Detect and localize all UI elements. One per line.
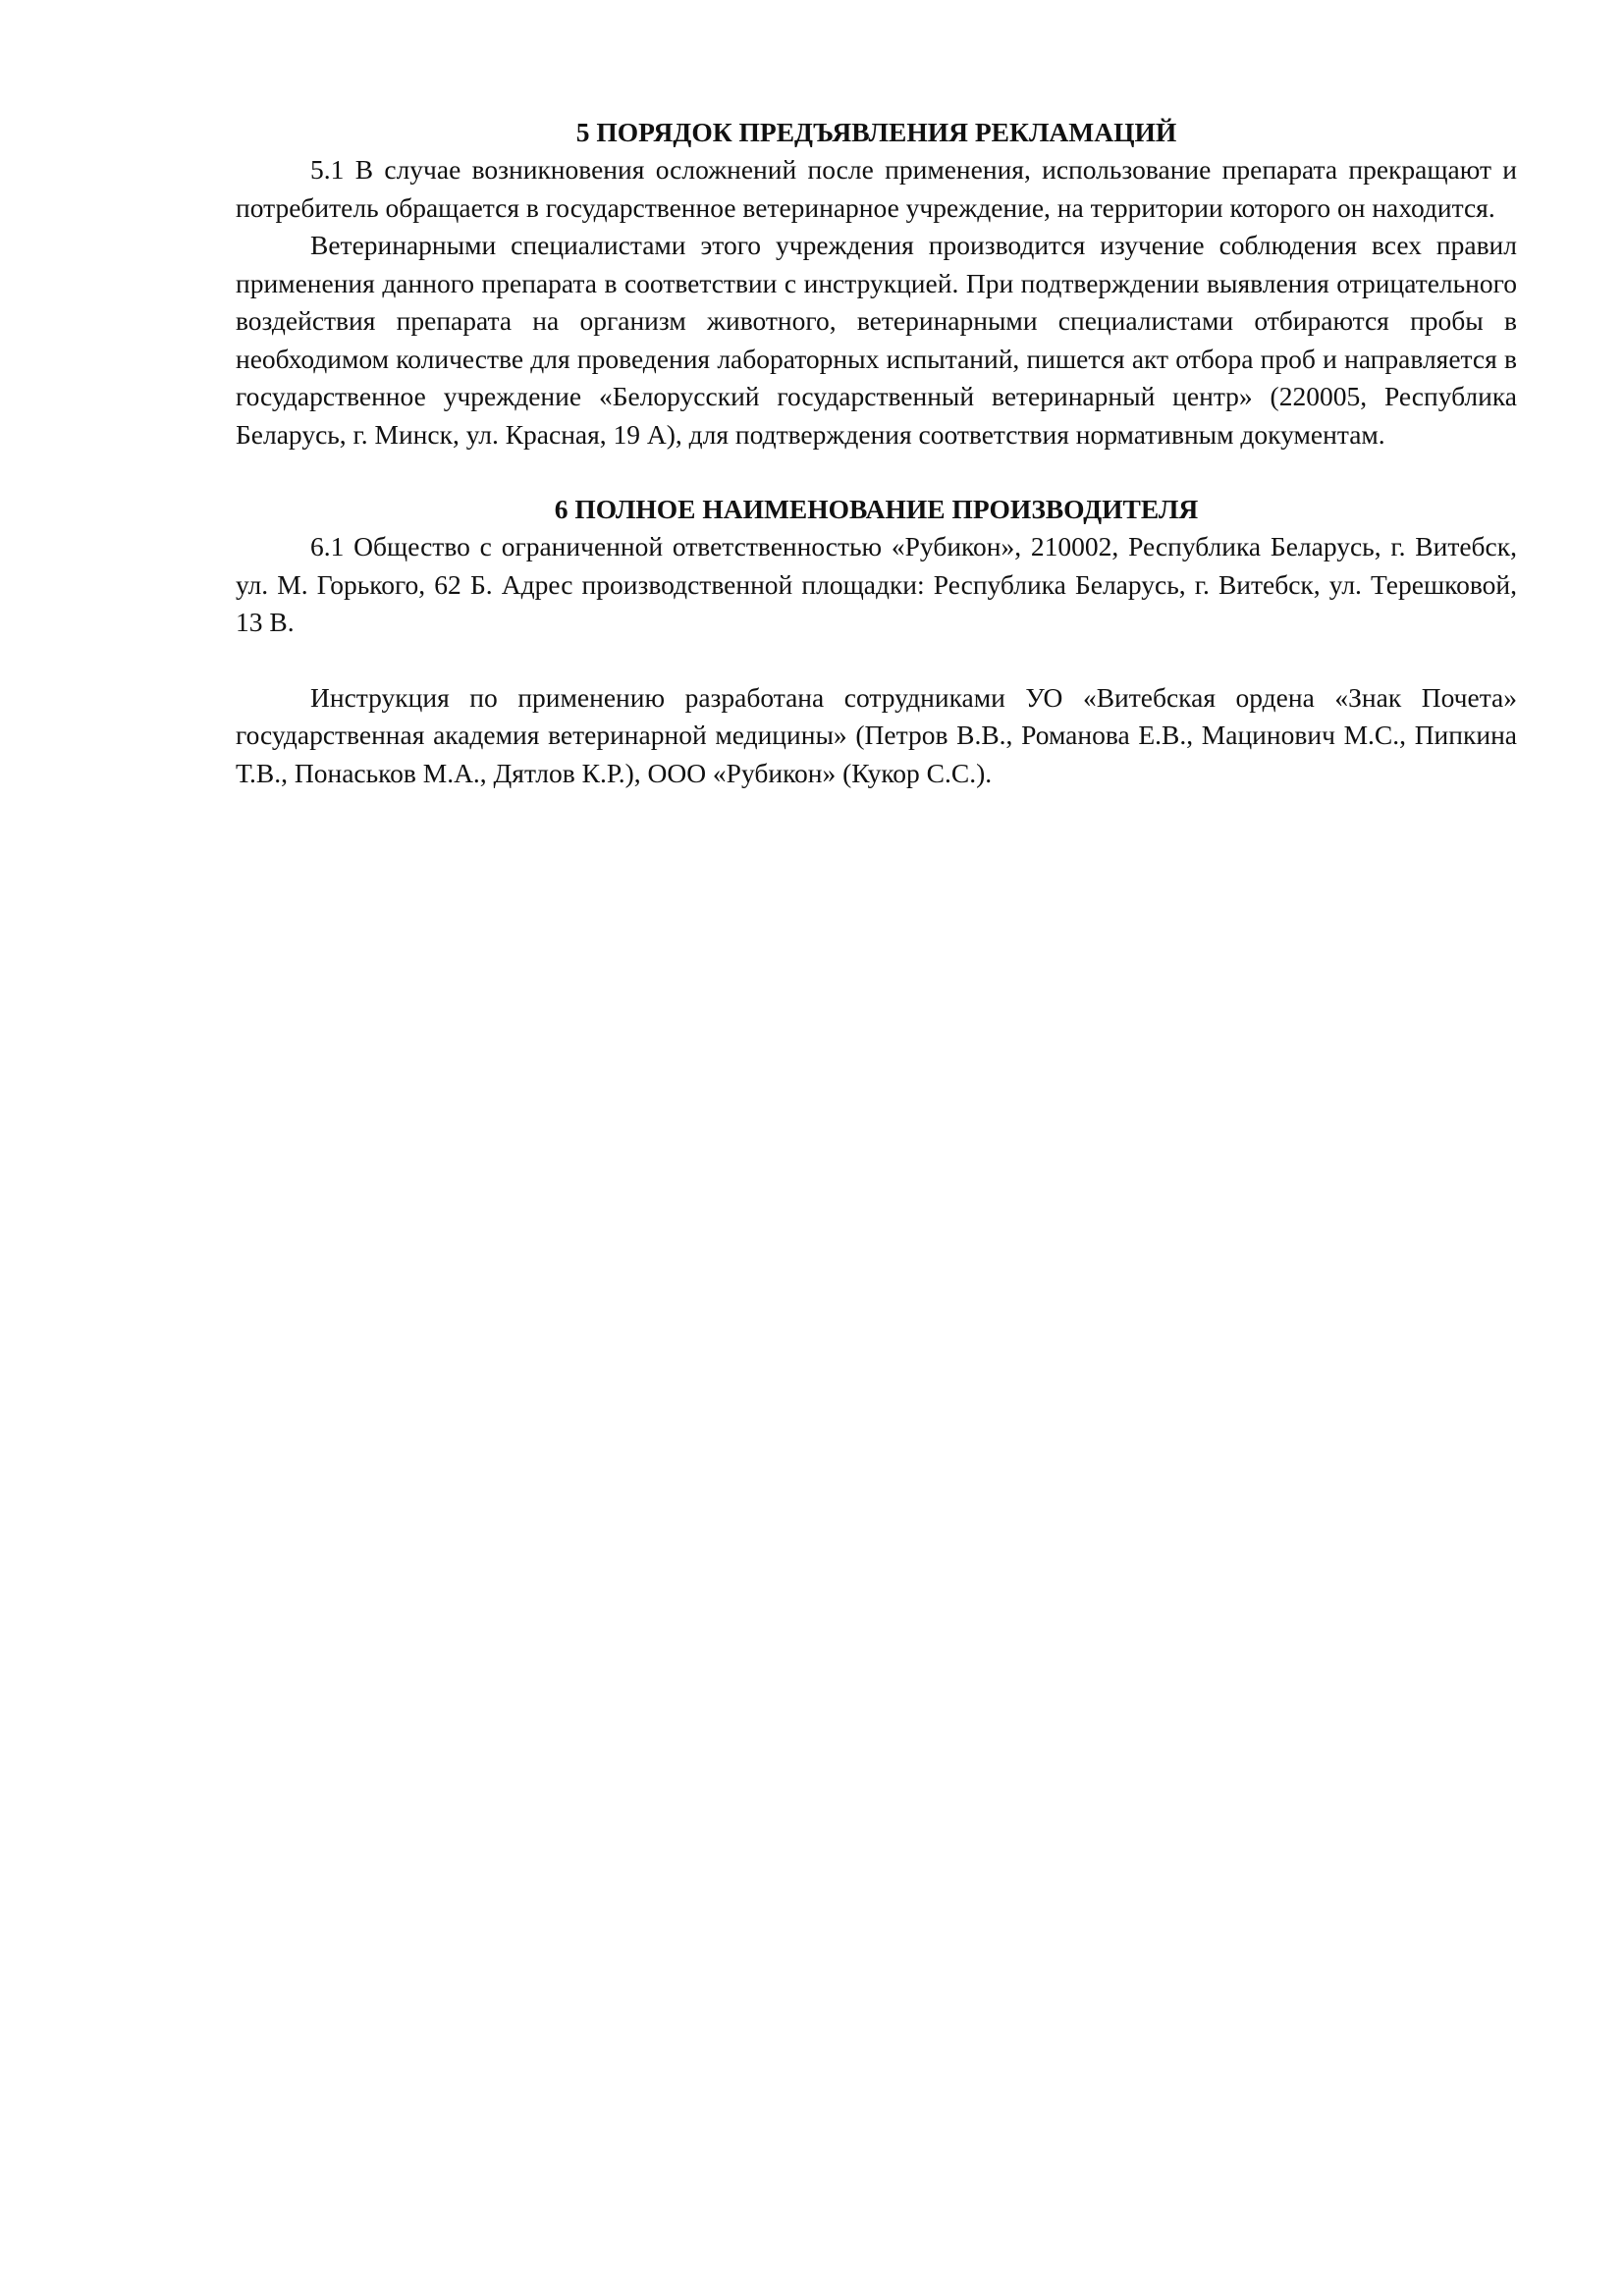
paragraph-6-1: 6.1 Общество с ограниченной ответственно…: [236, 528, 1517, 642]
paragraph-5-2: Ветеринарными специалистами этого учрежд…: [236, 227, 1517, 454]
document-page: 5 ПОРЯДОК ПРЕДЪЯВЛЕНИЯ РЕКЛАМАЦИЙ 5.1 В …: [236, 114, 1517, 792]
section-6-heading: 6 ПОЛНОЕ НАИМЕНОВАНИЕ ПРОИЗВОДИТЕЛЯ: [236, 491, 1517, 528]
credits-paragraph: Инструкция по применению разработана сот…: [236, 679, 1517, 793]
section-5-heading: 5 ПОРЯДОК ПРЕДЪЯВЛЕНИЯ РЕКЛАМАЦИЙ: [236, 114, 1517, 151]
paragraph-5-1: 5.1 В случае возникновения осложнений по…: [236, 151, 1517, 227]
